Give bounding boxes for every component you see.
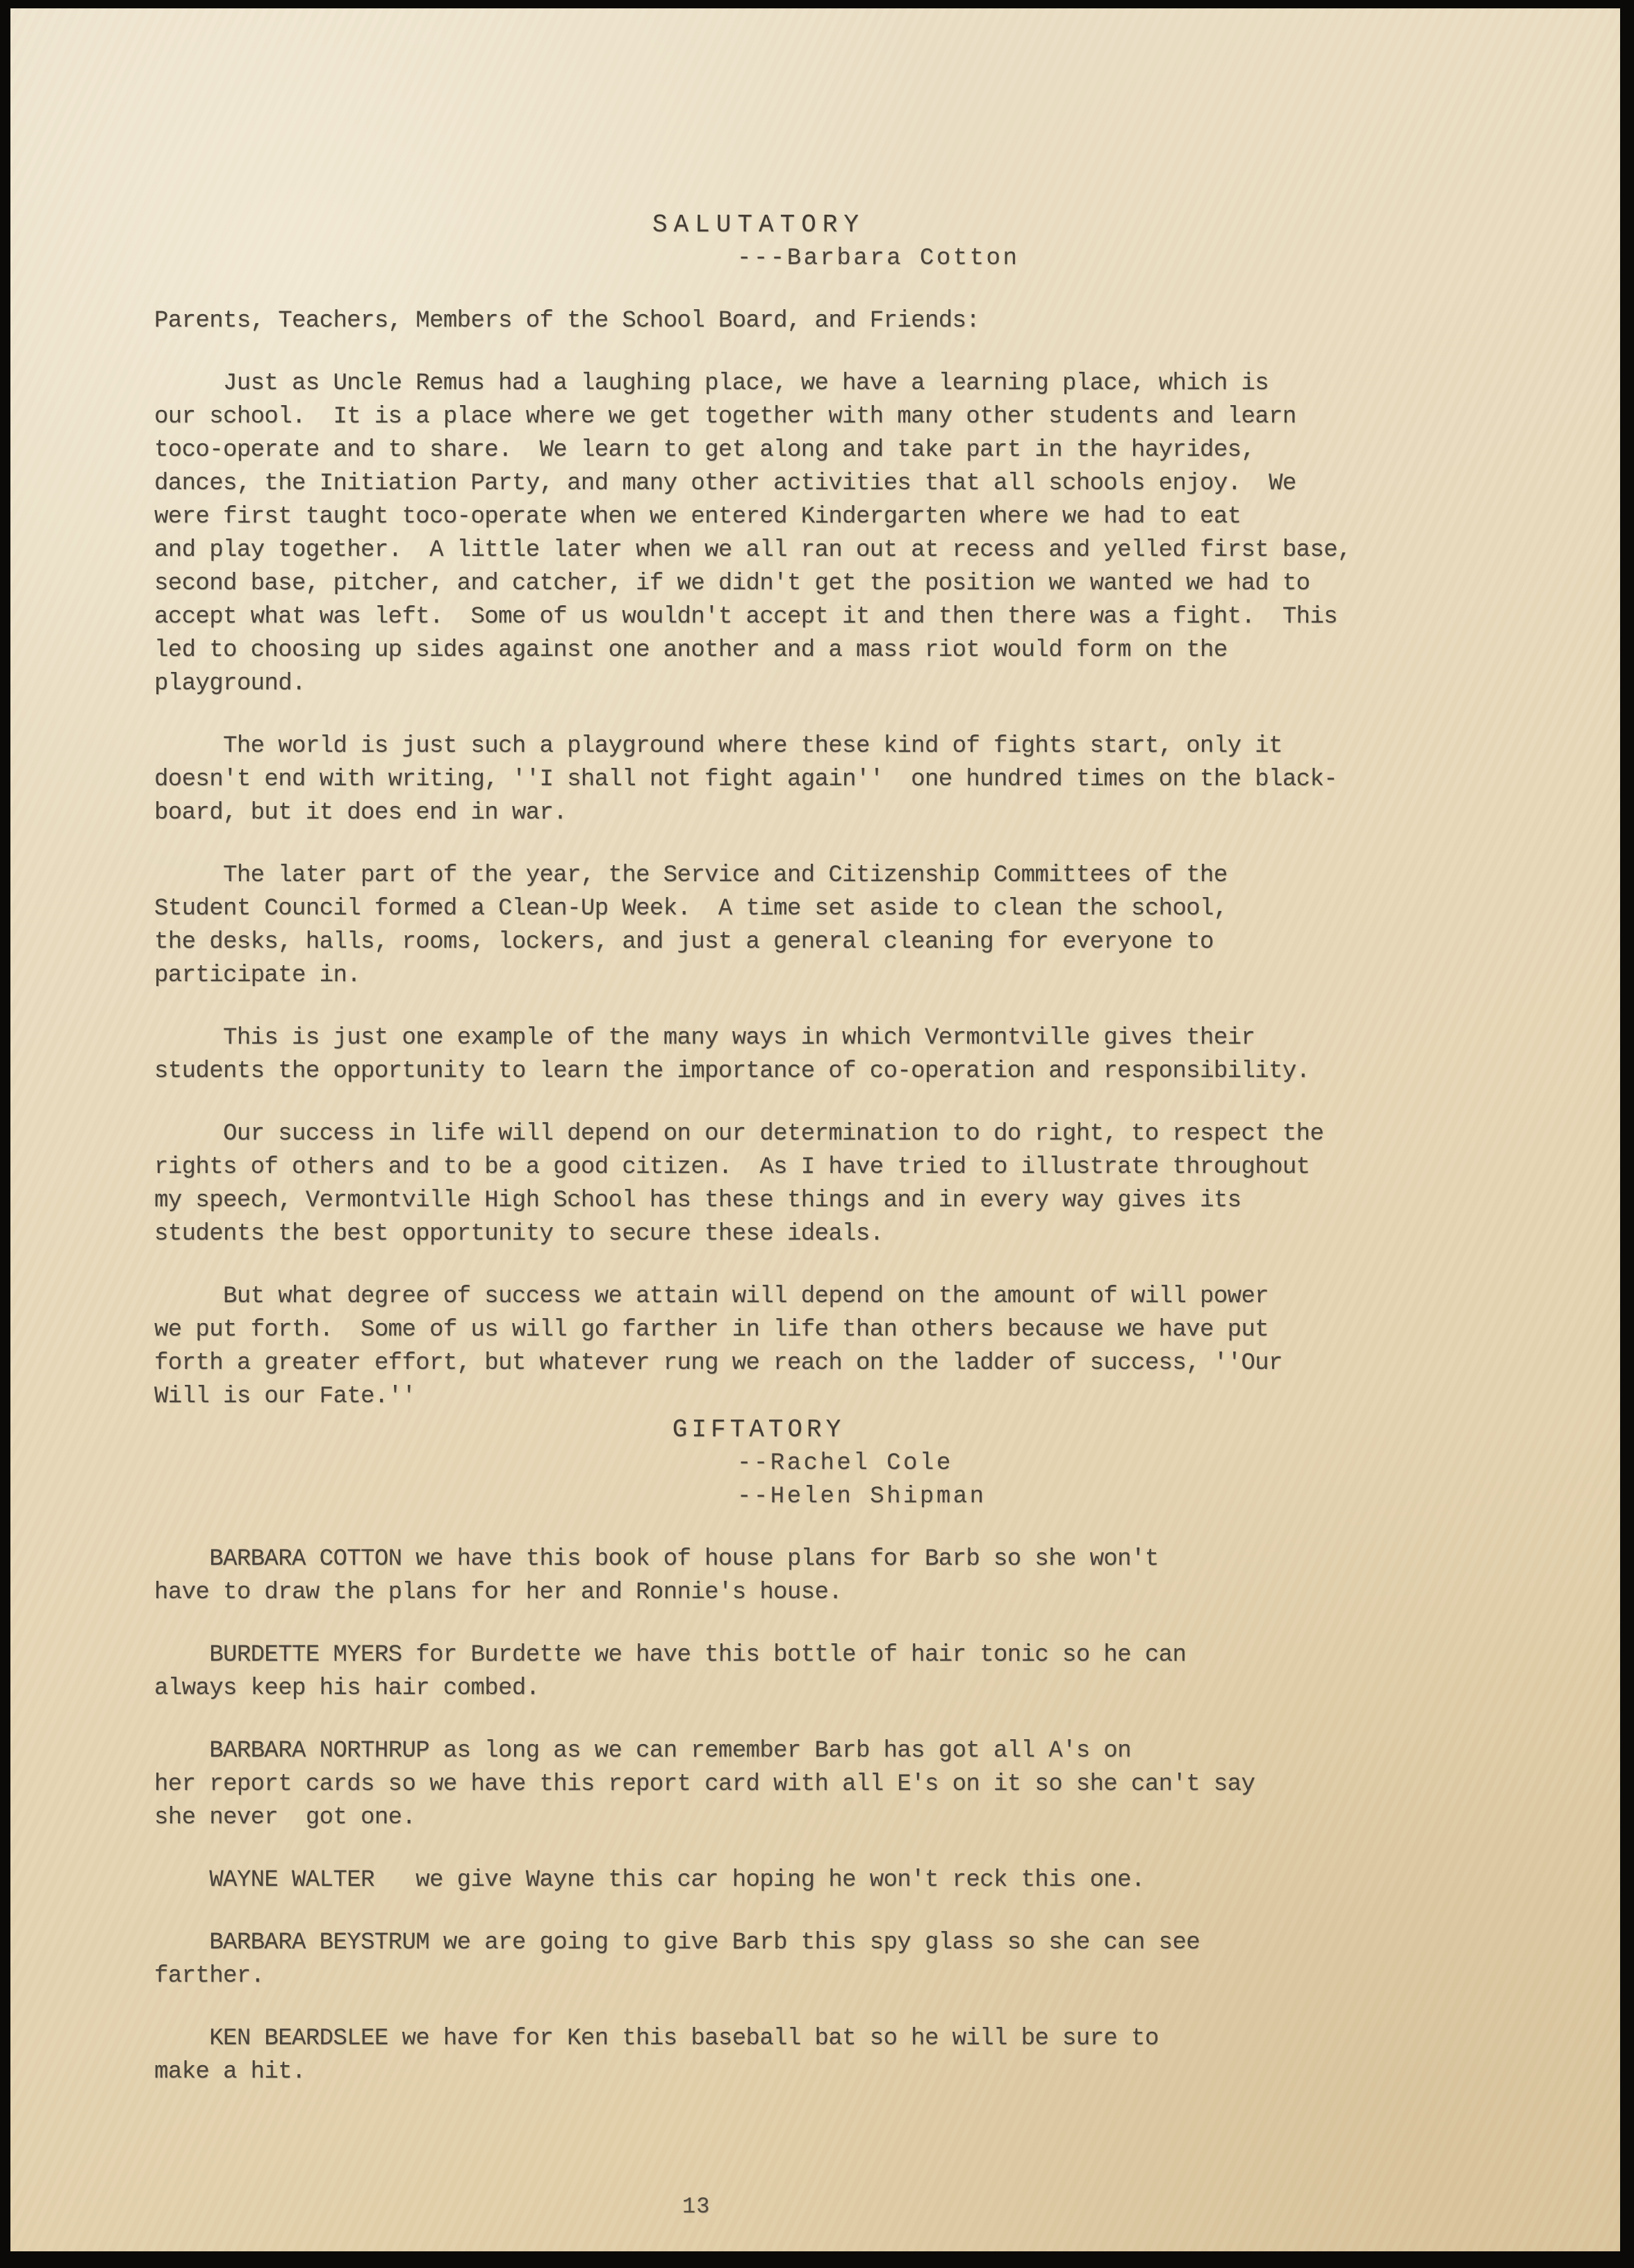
gift-paragraph-barbara-cotton: BARBARA COTTON we have this book of hous… [154, 1543, 1363, 1609]
page-content: SALUTATORY ---Barbara Cotton Parents, Te… [154, 208, 1363, 2224]
salutatory-title: SALUTATORY [154, 208, 1363, 242]
gift-paragraph-barbara-beystrum: BARBARA BEYSTRUM we are going to give Ba… [154, 1926, 1363, 1993]
salutatory-paragraph-1: Just as Uncle Remus had a laughing place… [154, 367, 1363, 700]
salutation-line: Parents, Teachers, Members of the School… [154, 304, 1363, 338]
giftatory-title: GIFTATORY [154, 1413, 1363, 1447]
giftatory-author-1: --Rachel Cole [737, 1447, 1363, 1480]
salutatory-paragraph-4: This is just one example of the many way… [154, 1021, 1363, 1088]
giftatory-author-2: --Helen Shipman [737, 1480, 1363, 1513]
page-number: 13 [682, 2190, 1363, 2224]
salutatory-paragraph-5: Our success in life will depend on our d… [154, 1117, 1363, 1251]
salutatory-paragraph-6: But what degree of success we attain wil… [154, 1280, 1363, 1413]
salutatory-paragraph-2: The world is just such a playground wher… [154, 730, 1363, 830]
salutatory-paragraph-3: The later part of the year, the Service … [154, 859, 1363, 992]
salutatory-author: ---Barbara Cotton [737, 242, 1363, 275]
giftatory-byline: --Rachel Cole --Helen Shipman [737, 1447, 1363, 1513]
scanned-yearbook-page: SALUTATORY ---Barbara Cotton Parents, Te… [0, 0, 1634, 2268]
gift-paragraph-wayne-walter: WAYNE WALTER we give Wayne this car hopi… [154, 1864, 1363, 1897]
gift-paragraph-burdette-myers: BURDETTE MYERS for Burdette we have this… [154, 1638, 1363, 1705]
paper-sheet: SALUTATORY ---Barbara Cotton Parents, Te… [10, 8, 1620, 2251]
gift-paragraph-ken-beardslee: KEN BEARDSLEE we have for Ken this baseb… [154, 2022, 1363, 2089]
gift-paragraph-barbara-northrup: BARBARA NORTHRUP as long as we can remem… [154, 1734, 1363, 1834]
salutatory-byline: ---Barbara Cotton [737, 242, 1363, 275]
